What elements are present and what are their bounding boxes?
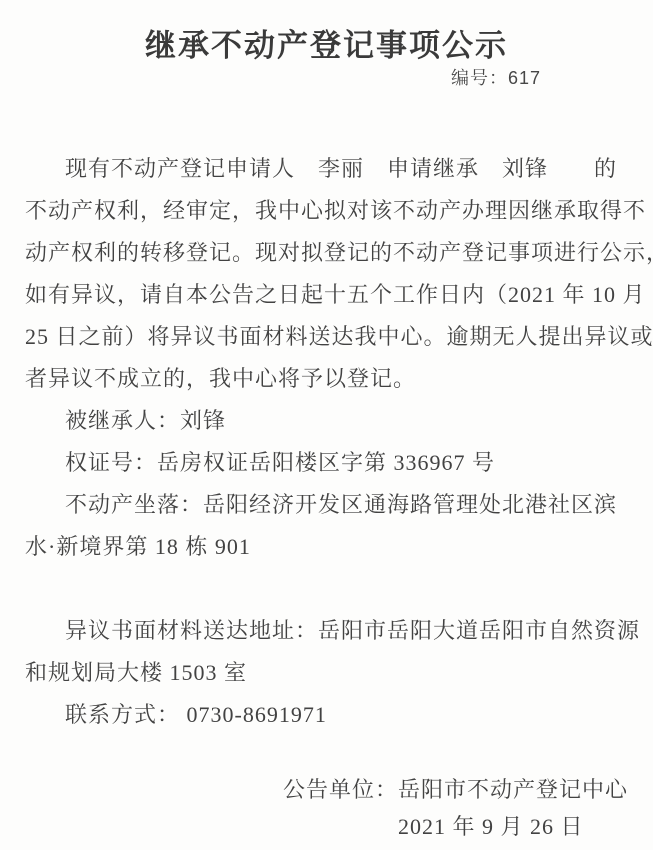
body-line: 异议书面材料送达地址：岳阳市岳阳大道岳阳市自然资源 [25, 610, 631, 652]
notice-document: 继承不动产登记事项公示 编号：617 现有不动产登记申请人 李丽 申请继承 刘锋… [0, 0, 653, 850]
body-line: 水·新境界第 18 栋 901 [25, 526, 631, 568]
body-line: 被继承人：刘锋 [25, 400, 631, 442]
date-line: 2021 年 9 月 26 日 [398, 810, 584, 841]
body-line: 不动产权利，经审定，我中心拟对该不动产办理因继承取得不 [25, 190, 631, 232]
document-body: 现有不动产登记申请人 李丽 申请继承 刘锋 的不动产权利，经审定，我中心拟对该不… [25, 148, 631, 736]
body-line: 25 日之前）将异议书面材料送达我中心。逾期无人提出异议或 [25, 316, 631, 358]
body-line: 权证号：岳房权证岳阳楼区字第 336967 号 [25, 442, 631, 484]
body-line: 如有异议，请自本公告之日起十五个工作日内（2021 年 10 月 [25, 274, 631, 316]
body-line: 和规划局大楼 1503 室 [25, 652, 631, 694]
body-line: 现有不动产登记申请人 李丽 申请继承 刘锋 的 [25, 148, 631, 190]
body-line [25, 568, 631, 610]
document-number: 编号：617 [451, 64, 541, 90]
body-line: 动产权利的转移登记。现对拟登记的不动产登记事项进行公示， [25, 232, 631, 274]
body-line: 者异议不成立的，我中心将予以登记。 [25, 358, 631, 400]
body-line: 联系方式： 0730-8691971 [25, 694, 631, 736]
issuer-line: 公告单位：岳阳市不动产登记中心 [283, 773, 628, 804]
document-title: 继承不动产登记事项公示 [0, 20, 653, 65]
body-line: 不动产坐落：岳阳经济开发区通海路管理处北港社区滨 [25, 484, 631, 526]
